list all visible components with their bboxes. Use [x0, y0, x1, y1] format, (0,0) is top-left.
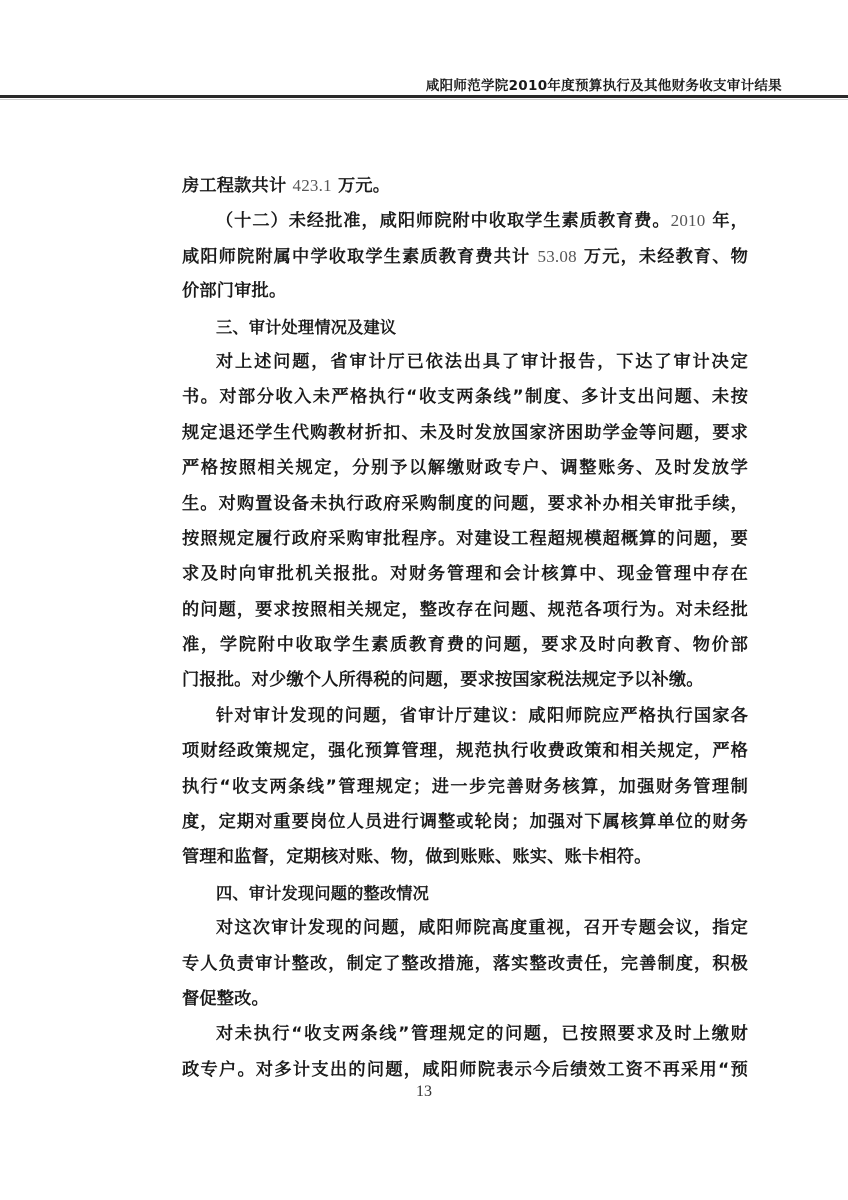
numeric-value: 423.1 — [293, 176, 332, 195]
text-line: 针对审计发现的问题，省审计厅建议：咸阳师院应严格执行国家各 — [182, 699, 748, 734]
text-line: 准，学院附中收取学生素质教育费的问题，要求及时向教育、物价部 — [182, 628, 748, 663]
text-segment: 对上述问题，省审计厅已依法出具了审计报告，下达了审计决定 — [216, 352, 748, 372]
text-segment: 咸阳师院附属中学收取学生素质教育费共计 — [182, 247, 538, 267]
text-segment: 生。对购置设备未执行政府采购制度的问题，要求补办相关审批手续， — [182, 494, 748, 514]
text-segment: 房工程款共计 — [182, 176, 293, 196]
text-segment: 对这次审计发现的问题，咸阳师院高度重视，召开专题会议，指定 — [216, 918, 748, 938]
text-segment: 价部门审批。 — [182, 281, 286, 301]
text-line: 度，定期对重要岗位人员进行调整或轮岗；加强对下属核算单位的财务 — [182, 805, 748, 840]
text-segment: 严格按照相关规定，分别予以解缴财政专户、调整账务、及时发放学 — [182, 458, 748, 478]
text-line: 规定退还学生代购教材折扣、未及时发放国家济困助学金等问题，要求 — [182, 416, 748, 451]
running-header-title: 咸阳师范学院2010年度预算执行及其他财务收支审计结果 — [426, 74, 782, 94]
text-line: 按照规定履行政府采购审批程序。对建设工程超规模超概算的问题，要 — [182, 522, 748, 557]
text-segment: （十二）未经批准，咸阳师院附中收取学生素质教育费。 — [216, 211, 671, 231]
text-segment: 针对审计发现的问题，省审计厅建议：咸阳师院应严格执行国家各 — [216, 706, 748, 726]
text-line: 咸阳师院附属中学收取学生素质教育费共计 53.08 万元，未经教育、物 — [182, 239, 748, 274]
text-line: 专人负责审计整改，制定了整改措施，落实整改责任，完善制度，积极 — [182, 947, 748, 982]
text-segment: 门报批。对少缴个人所得税的问题，要求按国家税法规定予以补缴。 — [182, 670, 704, 690]
text-line: 对这次审计发现的问题，咸阳师院高度重视，召开专题会议，指定 — [182, 911, 748, 946]
text-line: 对上述问题，省审计厅已依法出具了审计报告，下达了审计决定 — [182, 345, 748, 380]
text-segment: 书。对部分收入未严格执行“收支两条线”制度、多计支出问题、未按 — [182, 387, 748, 407]
text-segment: 督促整改。 — [182, 989, 269, 1009]
text-segment: 对未执行“收支两条线”管理规定的问题，已按照要求及时上缴财 — [216, 1024, 748, 1044]
header-rule — [0, 95, 848, 98]
text-segment: 的问题，要求按照相关规定，整改存在问题、规范各项行为。对未经批 — [182, 600, 748, 620]
body-text: 房工程款共计 423.1 万元。（十二）未经批准，咸阳师院附中收取学生素质教育费… — [182, 168, 748, 1088]
text-segment: 政专户。对多计支出的问题，咸阳师院表示今后绩效工资不再采用“预 — [182, 1060, 748, 1080]
text-line: 督促整改。 — [182, 982, 748, 1017]
text-line: 生。对购置设备未执行政府采购制度的问题，要求补办相关审批手续， — [182, 487, 748, 522]
text-segment: 三、审计处理情况及建议 — [216, 318, 396, 337]
text-line: 求及时向审批机关报批。对财务管理和会计核算中、现金管理中存在 — [182, 557, 748, 592]
text-segment: 准，学院附中收取学生素质教育费的问题，要求及时向教育、物价部 — [182, 635, 748, 655]
numeric-value: 2010 — [671, 211, 706, 230]
text-segment: 四、审计发现问题的整改情况 — [216, 884, 429, 903]
section-heading: 四、审计发现问题的整改情况 — [182, 876, 748, 911]
text-segment: 万元。 — [332, 176, 390, 196]
text-segment: 执行“收支两条线”管理规定；进一步完善财务核算，加强财务管理制 — [182, 777, 748, 797]
text-line: 项财经政策规定，强化预算管理，规范执行收费政策和相关规定，严格 — [182, 734, 748, 769]
text-segment: 规定退还学生代购教材折扣、未及时发放国家济困助学金等问题，要求 — [182, 423, 748, 443]
text-segment: 管理和监督，定期核对账、物，做到账账、账实、账卡相符。 — [182, 847, 651, 867]
text-line: 执行“收支两条线”管理规定；进一步完善财务核算，加强财务管理制 — [182, 770, 748, 805]
header-rule-thin — [0, 99, 848, 100]
text-line: 房工程款共计 423.1 万元。 — [182, 168, 748, 203]
text-segment: 万元，未经教育、物 — [577, 247, 748, 267]
text-segment: 年， — [705, 211, 748, 231]
text-line: 对未执行“收支两条线”管理规定的问题，已按照要求及时上缴财 — [182, 1017, 748, 1052]
text-segment: 项财经政策规定，强化预算管理，规范执行收费政策和相关规定，严格 — [182, 741, 748, 761]
page-number: 13 — [0, 1083, 848, 1101]
text-line: 门报批。对少缴个人所得税的问题，要求按国家税法规定予以补缴。 — [182, 663, 748, 698]
text-segment: 求及时向审批机关报批。对财务管理和会计核算中、现金管理中存在 — [182, 564, 748, 584]
text-line: 价部门审批。 — [182, 274, 748, 309]
text-line: 严格按照相关规定，分别予以解缴财政专户、调整账务、及时发放学 — [182, 451, 748, 486]
numeric-value: 53.08 — [538, 247, 577, 266]
text-segment: 专人负责审计整改，制定了整改措施，落实整改责任，完善制度，积极 — [182, 954, 748, 974]
text-segment: 度，定期对重要岗位人员进行调整或轮岗；加强对下属核算单位的财务 — [182, 812, 748, 832]
text-line: （十二）未经批准，咸阳师院附中收取学生素质教育费。2010 年， — [182, 203, 748, 238]
text-line: 的问题，要求按照相关规定，整改存在问题、规范各项行为。对未经批 — [182, 593, 748, 628]
section-heading: 三、审计处理情况及建议 — [182, 310, 748, 345]
text-line: 管理和监督，定期核对账、物，做到账账、账实、账卡相符。 — [182, 840, 748, 875]
text-segment: 按照规定履行政府采购审批程序。对建设工程超规模超概算的问题，要 — [182, 529, 748, 549]
text-line: 书。对部分收入未严格执行“收支两条线”制度、多计支出问题、未按 — [182, 380, 748, 415]
